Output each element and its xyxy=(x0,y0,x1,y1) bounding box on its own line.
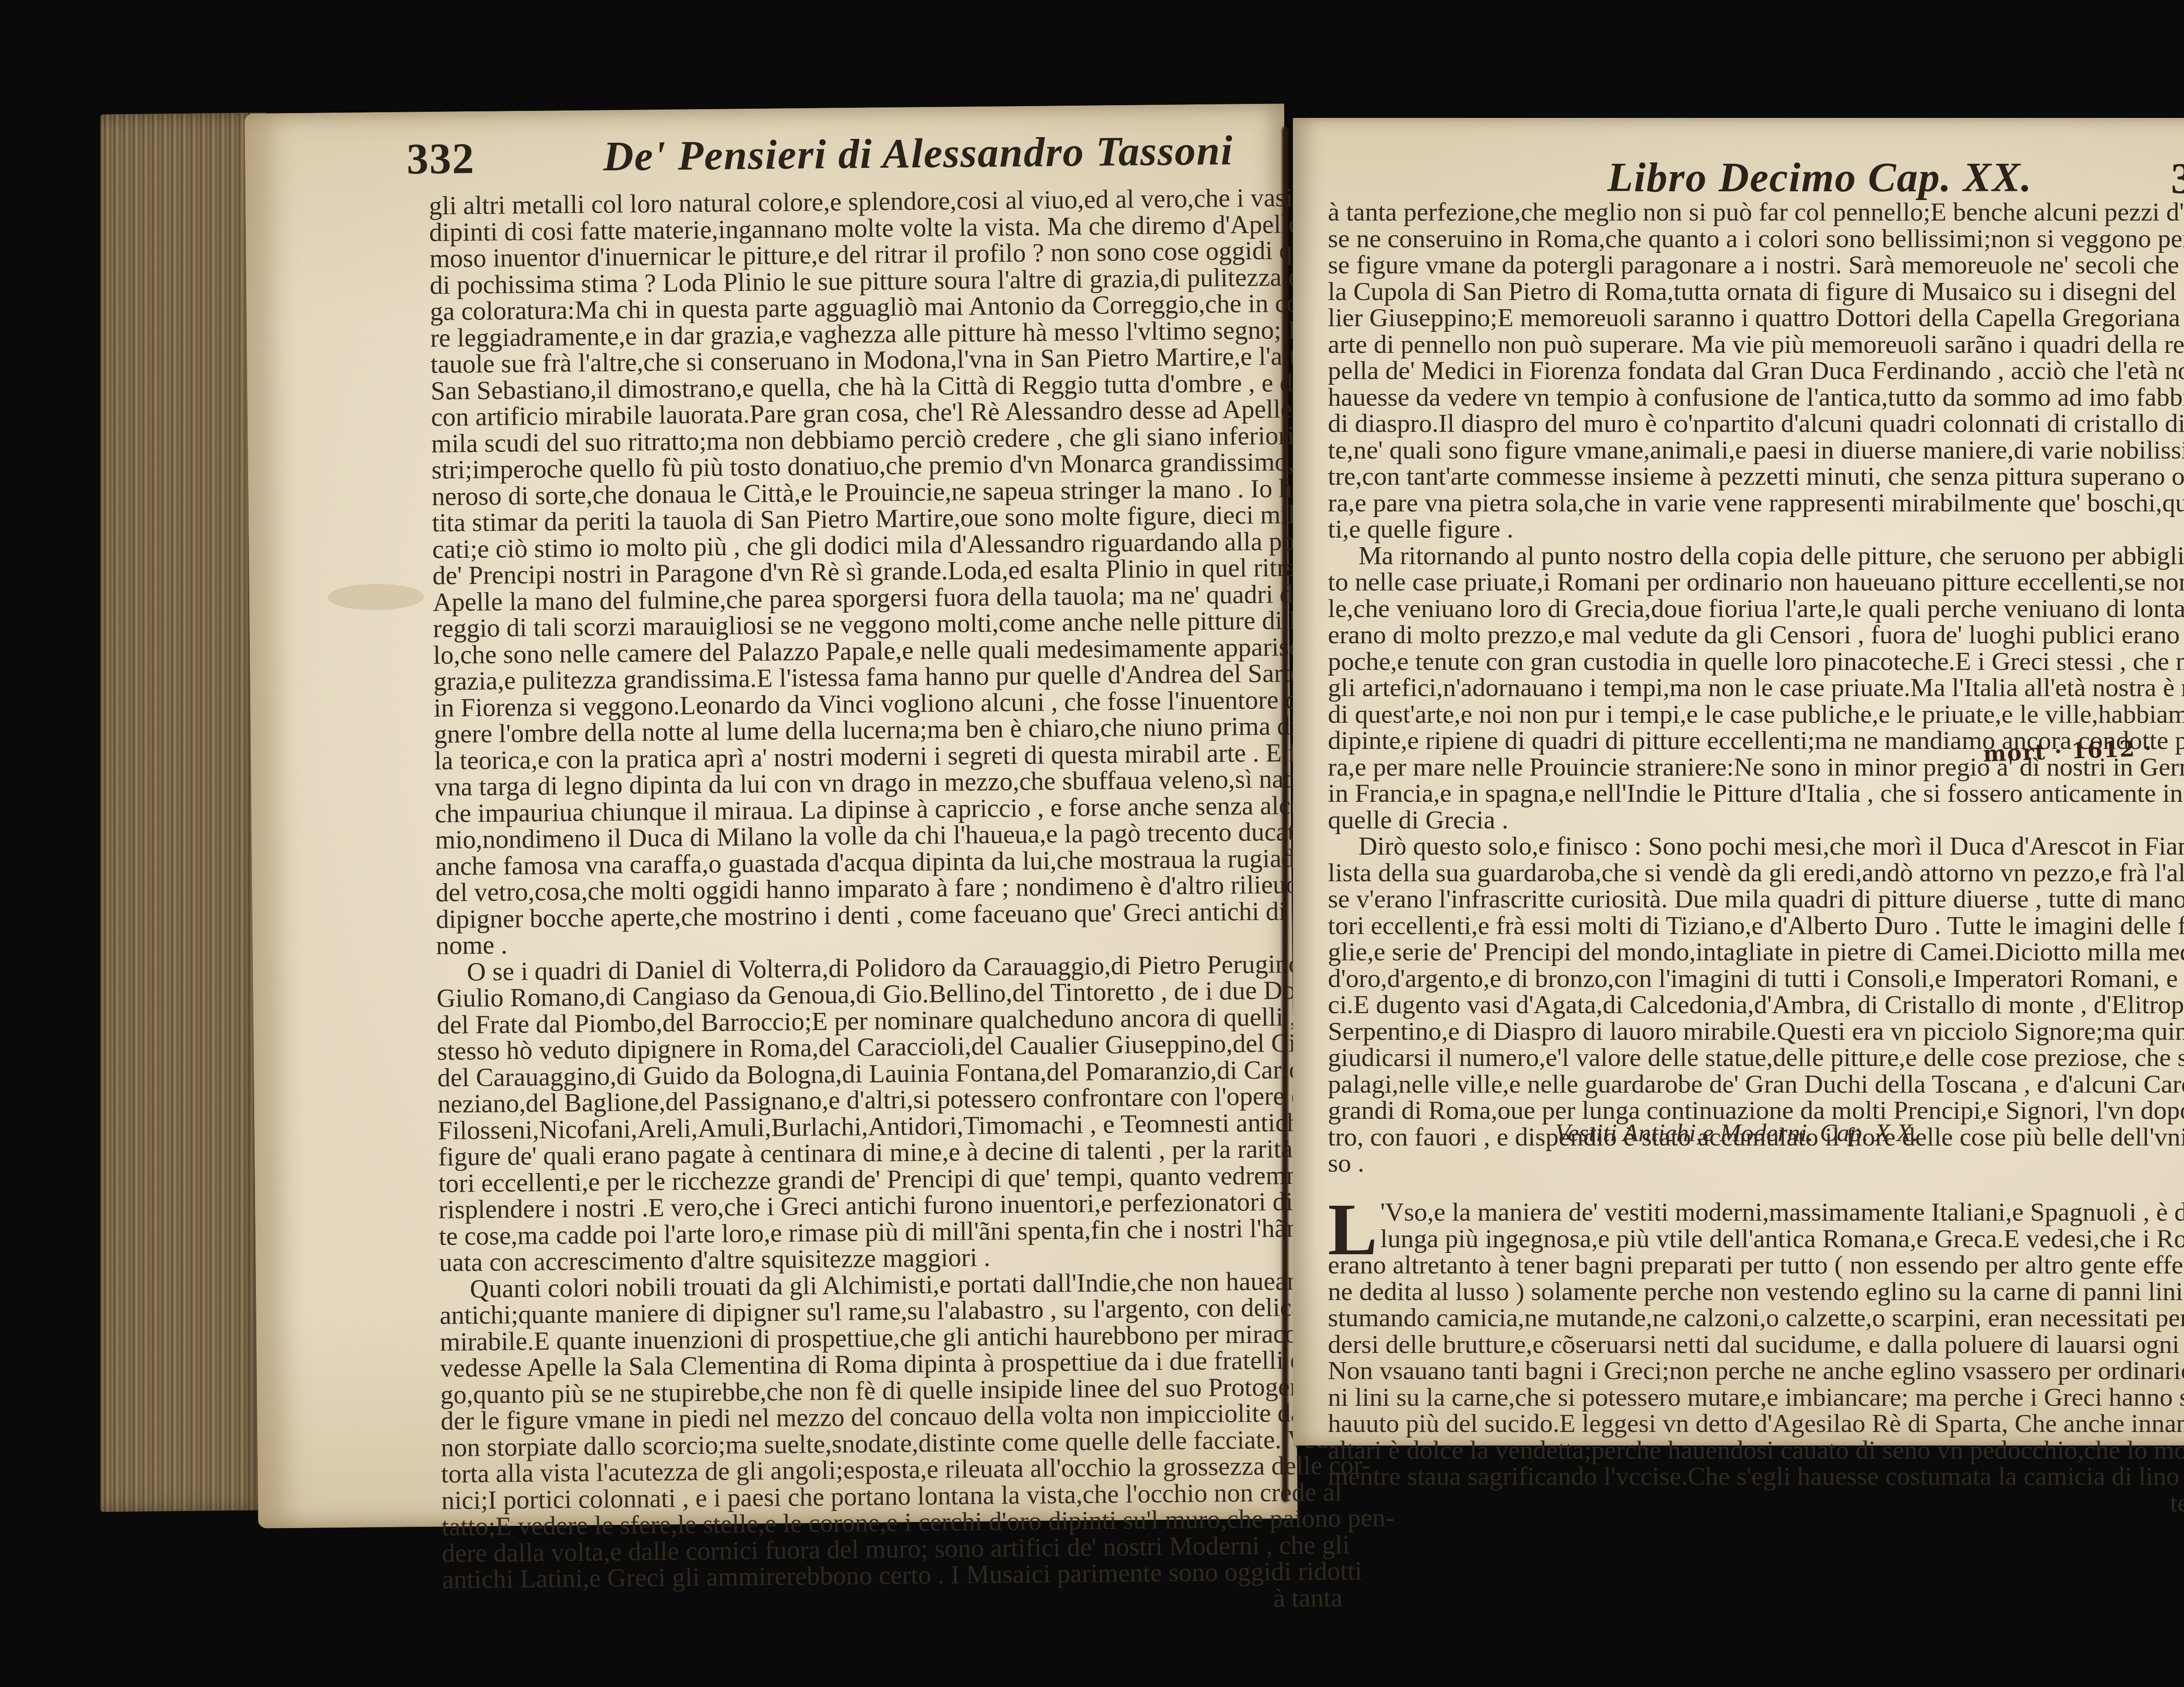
text-line: erano di molto prezzo,e mal vedute da gl… xyxy=(1328,621,2184,648)
text-line: pella de' Medici in Fiorenza fondata dal… xyxy=(1328,357,2184,384)
text-line: in Francia,e in spagna,e nell'Indie le P… xyxy=(1328,780,2184,807)
chapter-heading: Vestiti Antichi,e Moderni. Cap. X X. xyxy=(1555,1118,1918,1147)
text-line: poche,e tenute con gran custodia in quel… xyxy=(1328,648,2184,675)
open-book: 332 De' Pensieri di Alessandro Tassoni g… xyxy=(0,0,2184,1687)
text-line: stumando camicia,ne mutande,ne calzoni,o… xyxy=(1328,1304,2184,1331)
text-line: erano altretanto à tener bagni preparati… xyxy=(1328,1252,2184,1278)
text-line: dersi delle brutture,e cõseruarsi netti … xyxy=(1328,1331,2184,1358)
text-line: so . xyxy=(1328,1150,2184,1176)
left-page: 332 De' Pensieri di Alessandro Tassoni g… xyxy=(245,103,1298,1528)
text-line: hauuto più del sucido.E leggesi vn detto… xyxy=(1328,1410,2184,1437)
text-line: giudicarsi il numero,e'l valore delle st… xyxy=(1328,1044,2184,1071)
text-line: ti,e quelle figure . xyxy=(1328,516,2184,542)
text-line: se figure vmane da potergli paragonare a… xyxy=(1328,252,2184,278)
text-line: lunga più ingegnosa,e più vtile dell'ant… xyxy=(1328,1225,2184,1252)
text-line: gli artefici,n'adornauano i tempi,ma non… xyxy=(1328,674,2184,701)
left-body-text: gli altri metalli col loro natural color… xyxy=(429,183,1395,1619)
text-line: tre,con tant'arte commesse insieme à pez… xyxy=(1328,463,2184,490)
chapter-body-text: 'Vso,e la maniera de' vestiti moderni,ma… xyxy=(1328,1199,2184,1516)
text-line: Dirò questo solo,e finisco : Sono pochi … xyxy=(1328,833,2184,859)
page-number: 332 xyxy=(406,133,475,184)
right-page: Libro Decimo Cap. XX. 333 à tanta perfez… xyxy=(1293,118,2184,1446)
right-running-head: Libro Decimo Cap. XX. 333 xyxy=(1293,140,2184,192)
text-line: se v'erano l'infrascritte curiosità. Due… xyxy=(1328,886,2184,912)
text-line: hauesse da vedere vn tempio à confusione… xyxy=(1328,384,2184,411)
text-line: di diaspro.Il diaspro del muro è co'npar… xyxy=(1328,410,2184,437)
text-line: ra,e pare vna pietra sola,che in varie v… xyxy=(1328,490,2184,516)
text-line: ne dedita al lusso ) solamente perche no… xyxy=(1328,1278,2184,1305)
text-line: lista della sua guardaroba,che si vendè … xyxy=(1328,859,2184,886)
left-running-head: 332 De' Pensieri di Alessandro Tassoni xyxy=(245,125,1285,188)
text-line: lier Giuseppino;E memoreuoli saranno i q… xyxy=(1328,304,2184,331)
text-line: 'Vso,e la maniera de' vestiti moderni,ma… xyxy=(1328,1199,2184,1225)
left-fore-edge xyxy=(100,113,266,1512)
running-title: Libro Decimo Cap. XX. xyxy=(1607,153,2032,201)
text-line: glie,e serie de' Prencipi del mondo,inta… xyxy=(1328,938,2184,965)
text-line: Serpentino,e di Diaspro di lauoro mirabi… xyxy=(1328,1018,2184,1045)
text-line: ni lini su la carne,che si potessero mut… xyxy=(1328,1384,2184,1411)
gutter-spine xyxy=(1282,127,1288,1502)
text-line: tori eccellenti,e frà essi molti di Tizi… xyxy=(1328,912,2184,939)
text-line: ci.E dugento vasi d'Agata,di Calcedonia,… xyxy=(1328,991,2184,1018)
text-line: palagi,nelle ville,e nelle guardarobe de… xyxy=(1328,1071,2184,1097)
text-line: arte di pennello non può superare. Ma vi… xyxy=(1328,331,2184,358)
paper-stain xyxy=(328,583,424,611)
text-line: la Cupola di San Pietro di Roma,tutta or… xyxy=(1328,278,2184,305)
text-line: to nelle case priuate,i Romani per ordin… xyxy=(1328,569,2184,595)
text-line: Non vsauano tanti bagni i Greci;non perc… xyxy=(1328,1357,2184,1384)
text-line: quelle di Grecia . xyxy=(1328,807,2184,833)
text-line: à tanta perfezione,che meglio non si può… xyxy=(1328,199,2184,225)
text-line: Ma ritornando al punto nostro della copi… xyxy=(1328,542,2184,569)
text-line: se ne conseruino in Roma,che quanto a i … xyxy=(1328,225,2184,252)
text-line: d'oro,d'argento,e di bronzo,con l'imagin… xyxy=(1328,965,2184,992)
text-line: altari è dolce la vendetta;perche hauend… xyxy=(1328,1437,2184,1463)
page-number: 333 xyxy=(2171,153,2184,203)
text-line: le,che veniuano loro di Grecia,doue fior… xyxy=(1328,595,2184,622)
running-title: De' Pensieri di Alessandro Tassoni xyxy=(603,126,1233,180)
text-line: mentre staua sagrificando l'vccise.Che s… xyxy=(1328,1463,2184,1490)
right-body-text: à tanta perfezione,che meglio non si può… xyxy=(1328,199,2184,1176)
text-line: di quest'arte,e noi non pur i tempi,e le… xyxy=(1328,701,2184,728)
catchword: tersi xyxy=(1328,1490,2184,1516)
text-line: te,ne' quali sono figure vmane,animali,e… xyxy=(1328,437,2184,463)
